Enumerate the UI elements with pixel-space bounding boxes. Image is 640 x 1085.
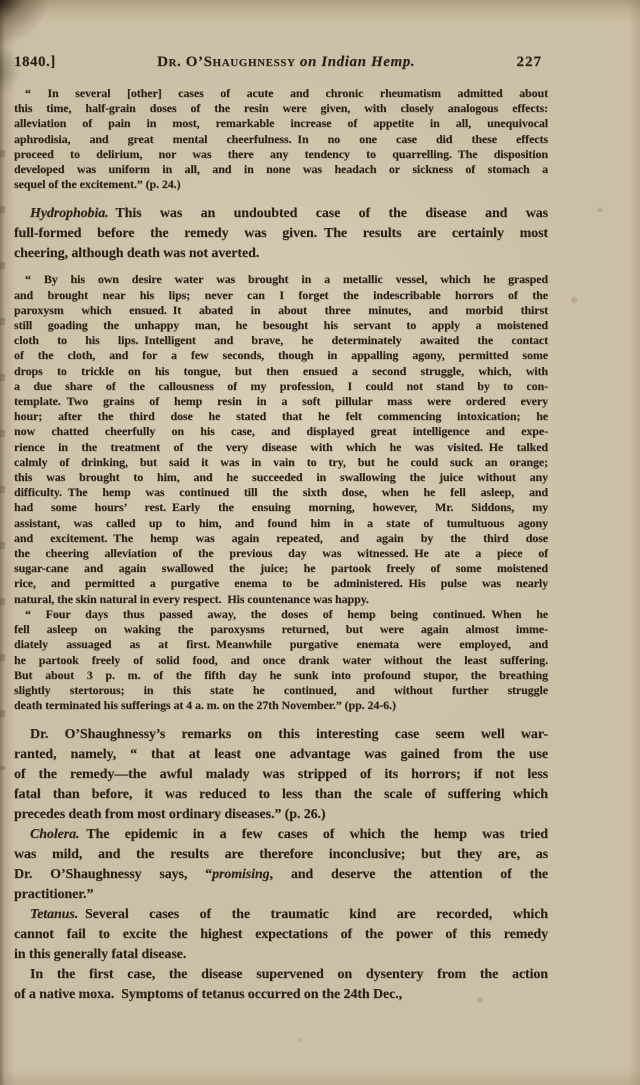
text-line: developed was uniform in all, and in non…	[14, 162, 548, 177]
text-line: of the cloth, and for a few seconds, tho…	[14, 348, 548, 363]
paragraph-7: Tetanus. Several cases of the traumatic …	[14, 905, 548, 965]
text-line: fell asleep on waking the paroxysms retu…	[14, 622, 548, 637]
text-line: calmly of drinking, but said it was in v…	[14, 455, 548, 470]
paragraph-3: “ By his own desire water was brought in…	[14, 272, 548, 606]
paragraph-5: Dr. O’Shaughnessy’s remarks on this inte…	[14, 725, 548, 825]
text-line: now chatted cheerfully on his case, and …	[14, 424, 548, 439]
text-line: Tetanus. Several cases of the traumatic …	[14, 905, 548, 925]
text-line: Cholera. The epidemic in a few cases of …	[14, 825, 548, 845]
text-line: and brought near his lips; never can I f…	[14, 288, 548, 303]
text-line: paroxysm which ensued. It abated in abou…	[14, 303, 548, 318]
text-line: cannot fail to excite the highest expect…	[14, 925, 548, 945]
text-line: “ Four days thus passed away, the doses …	[14, 607, 548, 622]
text-line: this time, half-grain doses of the resin…	[14, 101, 548, 116]
text-line: assistant, was called up to him, and fou…	[14, 516, 548, 531]
text-line: Dr. O’Shaughnessy says, “promising, and …	[14, 865, 548, 885]
text-line: In the first case, the disease supervene…	[14, 965, 548, 985]
text-line: and excitement. The hemp was again repea…	[14, 531, 548, 546]
text-line: hour; after the third dose he stated tha…	[14, 409, 548, 424]
text-line: ranted, namely, “ that at least one adva…	[14, 745, 548, 765]
text-line: natural, the skin natural in every respe…	[14, 592, 548, 607]
paragraph-8: In the first case, the disease supervene…	[14, 965, 548, 1005]
paragraph-4: “ Four days thus passed away, the doses …	[14, 607, 548, 713]
text-line: alleviation of pain in most, remarkable …	[14, 116, 548, 131]
text-line: he partook freely of solid food, and onc…	[14, 653, 548, 668]
text-line: still goading the unhappy man, he besoug…	[14, 318, 548, 333]
header-author: Dr. O’Shaughnessy	[157, 54, 296, 70]
binding-edge-marks	[0, 150, 5, 770]
text-line: proceed to delirium, nor was there any t…	[14, 147, 548, 162]
scanned-book-page: { "colors": { "paper": "#cbbfa5", "ink":…	[0, 0, 640, 1085]
text-line: drops to trickle on his tongue, but then…	[14, 364, 548, 379]
page-body: “ In several [other] cases of acute and …	[14, 86, 548, 1005]
running-head: 1840.] Dr. O’Shaughnessy on Indian Hemp.…	[14, 54, 548, 71]
text-line: death terminated his sufferings at 4 a. …	[14, 698, 548, 713]
text-line: full-formed before the remedy was given.…	[14, 224, 548, 244]
text-line: of a native moxa. Symptoms of tetanus oc…	[14, 985, 548, 1005]
header-year: 1840.]	[14, 54, 56, 71]
text-line: had some hours’ rest. Early the ensuing …	[14, 500, 548, 515]
page-content: 1840.] Dr. O’Shaughnessy on Indian Hemp.…	[14, 54, 548, 1005]
text-line: precedes death from most ordinary diseas…	[14, 805, 548, 825]
text-line: in this generally fatal disease.	[14, 945, 548, 965]
header-title: Dr. O’Shaughnessy on Indian Hemp.	[157, 54, 415, 71]
paragraph-2: Hydrophobia. This was an undoubted case …	[14, 204, 548, 264]
text-line: cheering, although death was not averted…	[14, 244, 548, 264]
text-line: cloth to his lips. Intelligent and brave…	[14, 333, 548, 348]
text-line: template. Two grains of hemp resin in a …	[14, 394, 548, 409]
text-line: this was brought to him, and he succeede…	[14, 470, 548, 485]
header-title-italic: on Indian Hemp.	[296, 54, 416, 70]
text-line: fatal than before, it was reduced to les…	[14, 785, 548, 805]
text-line: “ In several [other] cases of acute and …	[14, 86, 548, 101]
text-line: of the remedy—the awful malady was strip…	[14, 765, 548, 785]
paragraph-6: Cholera. The epidemic in a few cases of …	[14, 825, 548, 905]
text-line: diately assuaged as at first. Meanwhile …	[14, 637, 548, 652]
text-line: sugar-cane and again swallowed the juice…	[14, 561, 548, 576]
text-line: a due share of the callousness of my pro…	[14, 379, 548, 394]
text-line: Dr. O’Shaughnessy’s remarks on this inte…	[14, 725, 548, 745]
text-line: was mild, and the results are therefore …	[14, 845, 548, 865]
text-line: slightly stertorous; in this state he co…	[14, 683, 548, 698]
text-line: practitioner.”	[14, 885, 548, 905]
text-line: Hydrophobia. This was an undoubted case …	[14, 204, 548, 224]
text-line: aphrodisia, and great mental cheerfulnes…	[14, 132, 548, 147]
text-line: the cheering alleviation of the previous…	[14, 546, 548, 561]
page-number: 227	[517, 54, 549, 71]
text-line: difficulty. The hemp was continued till …	[14, 485, 548, 500]
text-line: But about 3 p. m. of the fifth day he su…	[14, 668, 548, 683]
paragraph-1: “ In several [other] cases of acute and …	[14, 86, 548, 192]
text-line: “ By his own desire water was brought in…	[14, 272, 548, 287]
text-line: rience in the treatment of the very dise…	[14, 440, 548, 455]
text-line: rice, and permitted a purgative enema to…	[14, 576, 548, 591]
text-line: sequel of the excitement.” (p. 24.)	[14, 177, 548, 192]
